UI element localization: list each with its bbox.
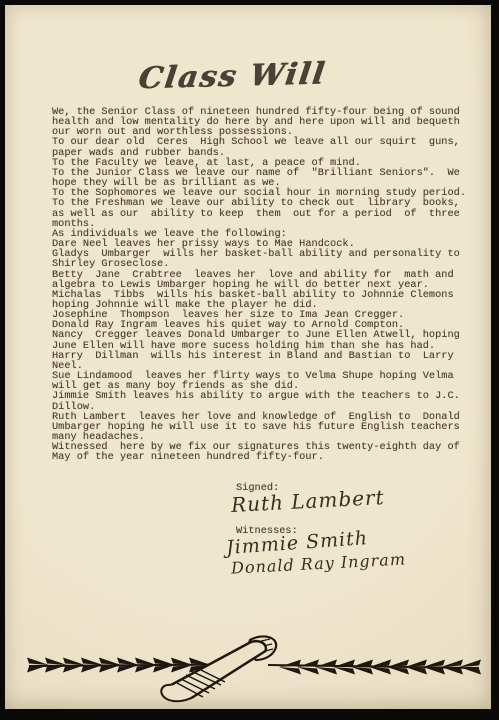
paper-sheet: Class Will We, the Senior Class of ninet… xyxy=(5,5,491,709)
laurel-scroll-decoration-icon xyxy=(25,635,483,711)
scanned-yearbook-page: Class Will We, the Senior Class of ninet… xyxy=(0,0,499,720)
will-body-text: We, the Senior Class of nineteen hundred… xyxy=(52,107,467,462)
page-title: Class Will xyxy=(136,57,328,97)
laurel-branch-right-icon xyxy=(268,660,481,675)
